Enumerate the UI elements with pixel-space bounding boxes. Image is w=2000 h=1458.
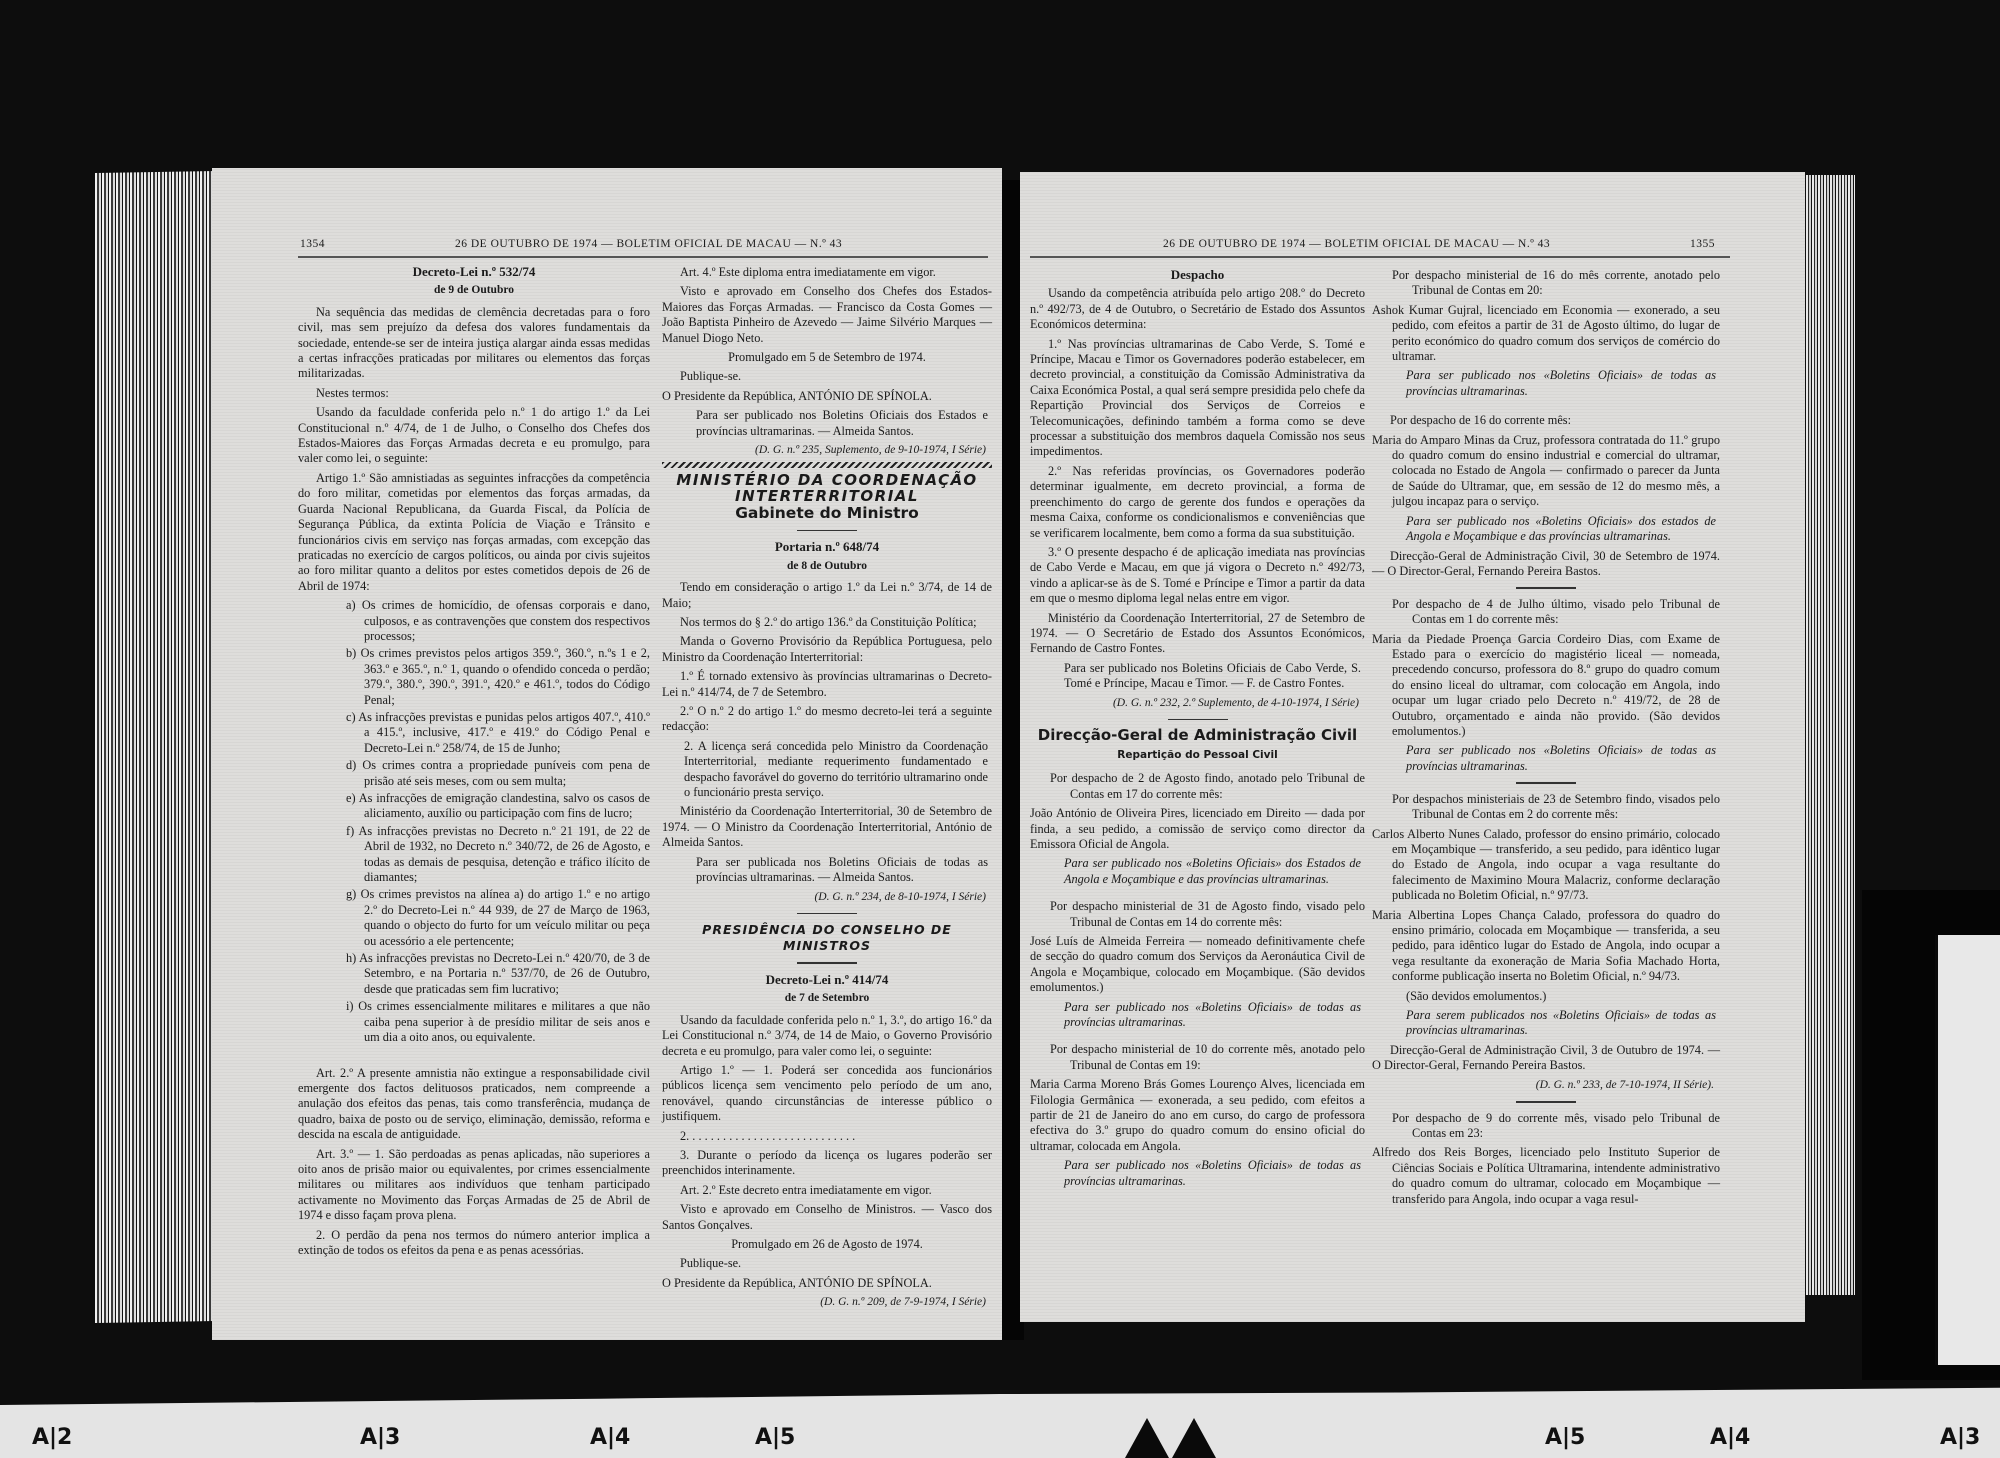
reference: (D. G. n.º 234, de 8-10-1974, I Série) [662, 890, 992, 905]
divider [1168, 719, 1228, 721]
signature: Ministério da Coordenação Interterritori… [1030, 611, 1365, 657]
publication-note: Para ser publicado nos «Boletins Oficiai… [1372, 368, 1720, 399]
adjacent-frame-edge [1935, 935, 2000, 1365]
paragraph: Art. 2.º Este decreto entra imediatament… [662, 1183, 992, 1198]
paragraph: 2.º Nas referidas províncias, os Governa… [1030, 464, 1365, 541]
left-column-1: Decreto-Lei n.º 532/74 de 9 de Outubro N… [298, 262, 650, 1262]
cabinet-heading: Gabinete do Ministro [662, 506, 992, 521]
paragraph: Usando da faculdade conferida pelo n.º 1… [298, 405, 650, 467]
film-frame-mark: A|2 [32, 1425, 72, 1450]
paragraph: Usando da faculdade conferida pelo n.º 1… [662, 1013, 992, 1059]
list-item: i) Os crimes essencialmente militares e … [316, 999, 650, 1045]
film-strip-margin [0, 1380, 2000, 1458]
entry-body: Maria Carma Moreno Brás Gomes Lourenço A… [1030, 1077, 1365, 1154]
entry-body: Alfredo dos Reis Borges, licenciado pelo… [1372, 1145, 1720, 1207]
header-rule [298, 256, 988, 258]
decree-date: de 7 de Setembro [662, 991, 992, 1006]
signature: O Presidente da República, ANTÓNIO DE SP… [662, 389, 992, 404]
ministry-heading: MINISTÉRIO DA COORDENAÇÃO INTERTERRITORI… [662, 472, 992, 504]
divider [797, 530, 857, 532]
paragraph: Visto e aprovado em Conselho dos Chefes … [662, 284, 992, 346]
paragraph: Tendo em consideração o artigo 1.º da Le… [662, 580, 992, 611]
portaria-title: Portaria n.º 648/74 [662, 539, 992, 554]
entry-body: Carlos Alberto Nunes Calado, professor d… [1372, 827, 1720, 904]
list-item: c) As infracções previstas e punidas pel… [316, 710, 650, 756]
film-frame-mark: A|3 [1940, 1425, 1980, 1450]
book-left-page-edges [95, 171, 215, 1323]
reference: (D. G. n.º 232, 2.º Suplemento, de 4-10-… [1030, 696, 1365, 711]
signature: O Presidente da República, ANTÓNIO DE SP… [662, 1276, 992, 1291]
film-frame-mark: A|5 [755, 1425, 795, 1450]
paragraph: 3.º O presente despacho é de aplicação i… [1030, 545, 1365, 607]
paragraph: Nestes termos: [298, 386, 650, 401]
promulgation: Promulgado em 5 de Setembro de 1974. [662, 350, 992, 365]
left-page-number: 1354 [300, 238, 325, 250]
right-column-2: Por despacho ministerial de 16 do mês co… [1372, 268, 1720, 1211]
paragraph: Artigo 1.º São amnistiadas as seguintes … [298, 471, 650, 594]
list-item: b) Os crimes previstos pelos artigos 359… [316, 646, 650, 708]
entry-intro: Por despacho de 16 do corrente mês: [1372, 413, 1720, 428]
decree-title: Decreto-Lei n.º 414/74 [662, 972, 992, 987]
presidency-heading: PRESIDÊNCIA DO CONSELHO DE MINISTROS [662, 922, 992, 954]
left-running-header: 26 DE OUTUBRO DE 1974 — BOLETIM OFICIAL … [455, 238, 842, 250]
paragraph: 1.º Nas províncias ultramarinas de Cabo … [1030, 337, 1365, 460]
publication-note: Para serem publicados nos «Boletins Ofic… [1372, 1008, 1720, 1039]
list-item: g) Os crimes previstos na alínea a) do a… [316, 887, 650, 949]
entry-intro: Por despachos ministeriais de 23 de Sete… [1372, 792, 1720, 823]
list-item: e) As infracções de emigração clandestin… [316, 791, 650, 822]
list-item: d) Os crimes contra a propriedade puníve… [316, 758, 650, 789]
divider [1516, 782, 1576, 784]
reference: (D. G. n.º 209, de 7-9-1974, I Série) [662, 1295, 992, 1310]
despacho-title: Despacho [1030, 267, 1365, 282]
signature: Ministério da Coordenação Interterritori… [662, 804, 992, 850]
book-right-page-edges [1800, 175, 1855, 1295]
entry-intro: Por despacho ministerial de 31 de Agosto… [1030, 899, 1365, 930]
department-heading: Repartição do Pessoal Civil [1030, 748, 1365, 763]
divider [1516, 1101, 1576, 1103]
paragraph: Publique-se. [662, 1256, 992, 1271]
right-page-number: 1355 [1690, 238, 1715, 250]
emoluments-note: (São devidos emolumentos.) [1372, 989, 1720, 1004]
entry-body: Maria Albertina Lopes Chança Calado, pro… [1372, 908, 1720, 985]
publication-note: Para ser publicado nos «Boletins Oficiai… [1030, 1158, 1365, 1189]
entry-intro: Por despacho ministerial de 16 do mês co… [1372, 268, 1720, 299]
center-alignment-marker-icon [1125, 1418, 1169, 1458]
entry-intro: Por despacho de 2 de Agosto findo, anota… [1030, 771, 1365, 802]
list-item: f) As infracções previstas no Decreto n.… [316, 824, 650, 886]
promulgation: Promulgado em 26 de Agosto de 1974. [662, 1237, 992, 1252]
divider [797, 962, 857, 964]
signature: Direcção-Geral de Administração Civil, 3… [1372, 1043, 1720, 1074]
publication-note: Para ser publicado nos Boletins Oficiais… [662, 408, 992, 439]
list-item: a) Os crimes de homicídio, de ofensas co… [316, 598, 650, 644]
paragraph: 2. . . . . . . . . . . . . . . . . . . .… [662, 1129, 992, 1144]
publication-note: Para ser publicado nos «Boletins Oficiai… [1372, 743, 1720, 774]
paragraph: Na sequência das medidas de clemência de… [298, 305, 650, 382]
paragraph: Art. 3.º — 1. São perdoadas as penas apl… [298, 1147, 650, 1224]
publication-note: Para ser publicado nos «Boletins Oficiai… [1372, 514, 1720, 545]
publication-note: Para ser publicada nos Boletins Oficiais… [662, 855, 992, 886]
publication-note: Para ser publicado nos «Boletins Oficiai… [1030, 856, 1365, 887]
entry-intro: Por despacho ministerial de 10 do corren… [1030, 1042, 1365, 1073]
entry-body: Maria da Piedade Proença Garcia Cordeiro… [1372, 632, 1720, 740]
paragraph: Publique-se. [662, 369, 992, 384]
portaria-date: de 8 de Outubro [662, 559, 992, 574]
paragraph: 3. Durante o período da licença os lugar… [662, 1148, 992, 1179]
entry-body: Maria do Amparo Minas da Cruz, professor… [1372, 433, 1720, 510]
list-item: h) As infracções previstas no Decreto-Le… [316, 951, 650, 997]
paragraph: Art. 4.º Este diploma entra imediatament… [662, 265, 992, 280]
reference: (D. G. n.º 233, de 7-10-1974, II Série). [1372, 1078, 1720, 1093]
reference: (D. G. n.º 235, Suplemento, de 9-10-1974… [662, 443, 992, 458]
entry-intro: Por despacho de 9 do corrente mês, visad… [1372, 1111, 1720, 1142]
publication-note: Para ser publicado nos Boletins Oficiais… [1030, 661, 1365, 692]
ornamental-rule [662, 462, 992, 468]
decree-title: Decreto-Lei n.º 532/74 [298, 264, 650, 279]
paragraph: 1.º É tornado extensivo às províncias ul… [662, 669, 992, 700]
film-frame-mark: A|3 [360, 1425, 400, 1450]
paragraph: 2. O perdão da pena nos termos do número… [298, 1228, 650, 1259]
divider [1516, 587, 1576, 589]
paragraph: Visto e aprovado em Conselho de Ministro… [662, 1202, 992, 1233]
right-column-1: Despacho Usando da competência atribuída… [1030, 265, 1365, 1193]
entry-body: José Luís de Almeida Ferreira — nomeado … [1030, 934, 1365, 996]
header-rule [1030, 256, 1730, 258]
film-frame-mark: A|4 [590, 1425, 630, 1450]
paragraph: Manda o Governo Provisório da República … [662, 634, 992, 665]
publication-note: Para ser publicado nos «Boletins Oficiai… [1030, 1000, 1365, 1031]
entry-body: João António de Oliveira Pires, licencia… [1030, 806, 1365, 852]
signature: Direcção-Geral de Administração Civil, 3… [1372, 549, 1720, 580]
paragraph: Art. 2.º A presente amnistia não extingu… [298, 1066, 650, 1143]
paragraph: 2.º O n.º 2 do artigo 1.º do mesmo decre… [662, 704, 992, 735]
divider [797, 913, 857, 915]
decree-date: de 9 de Outubro [298, 283, 650, 298]
center-alignment-marker-icon [1172, 1418, 1216, 1458]
quoted-text: 2. A licença será concedida pelo Ministr… [662, 739, 992, 801]
paragraph: Usando da competência atribuída pelo art… [1030, 286, 1365, 332]
paragraph: Nos termos do § 2.º do artigo 136.º da C… [662, 615, 992, 630]
paragraph: Artigo 1.º — 1. Poderá ser concedida aos… [662, 1063, 992, 1125]
directorate-heading: Direcção-Geral de Administração Civil [1030, 728, 1365, 743]
film-frame-mark: A|5 [1545, 1425, 1585, 1450]
entry-intro: Por despacho de 4 de Julho último, visad… [1372, 597, 1720, 628]
right-running-header: 26 DE OUTUBRO DE 1974 — BOLETIM OFICIAL … [1163, 238, 1550, 250]
film-frame-mark: A|4 [1710, 1425, 1750, 1450]
entry-body: Ashok Kumar Gujral, licenciado em Econom… [1372, 303, 1720, 365]
left-column-2: Art. 4.º Este diploma entra imediatament… [662, 265, 992, 1315]
